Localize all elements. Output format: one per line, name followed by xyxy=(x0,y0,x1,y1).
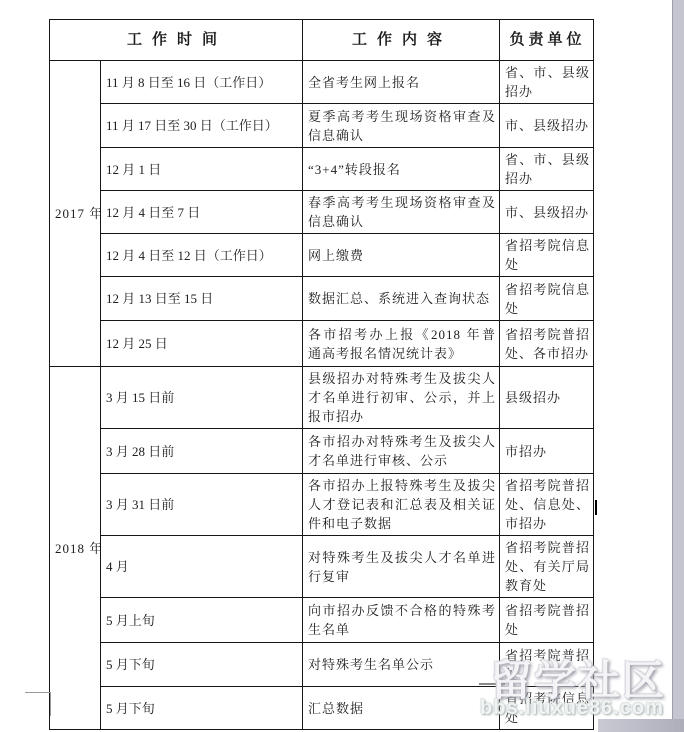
text-boundary-corner-mark xyxy=(25,692,51,716)
table-row: 12 月 4 日至 12 日（工作日）网上缴费省招考院信息处 xyxy=(50,234,594,277)
time-cell: 12 月 1 日 xyxy=(101,148,303,191)
unit-cell: 省招考院普招处、信息处、市招办 xyxy=(500,474,594,536)
table-row: 12 月 25 日各市招考办上报《2018 年普通高考报名情况统计表》省招考院普… xyxy=(50,321,594,367)
table-row: 11 月 17 日至 30 日（工作日）夏季高考考生现场资格审查及信息确认市、县… xyxy=(50,104,594,148)
table-row: 2018 年3 月 15 日前县级招办对特殊考生及拔尖人才名单进行初审、公示，并… xyxy=(50,367,594,429)
content-cell: 春季高考考生现场资格审查及信息确认 xyxy=(303,191,500,234)
content-cell: 向市招办反馈不合格的特殊考生名单 xyxy=(303,598,500,643)
content-cell: 数据汇总、系统进入查询状态 xyxy=(303,277,500,321)
content-cell: 对特殊考生及拔尖人才名单进行复审 xyxy=(303,536,500,598)
exam-schedule-table: 工作时间 工作内容 负责单位 2017 年11 月 8 日至 16 日（工作日）… xyxy=(49,19,594,730)
dash-mark xyxy=(479,683,505,685)
unit-cell: 省招考院普招处 xyxy=(500,598,594,643)
time-cell: 11 月 17 日至 30 日（工作日） xyxy=(101,104,303,148)
time-cell: 12 月 25 日 xyxy=(101,321,303,367)
unit-cell: 省招考院信息处 xyxy=(500,687,594,730)
time-cell: 12 月 4 日至 7 日 xyxy=(101,191,303,234)
content-cell: 汇总数据 xyxy=(303,687,500,730)
content-cell: 各市招考办上报《2018 年普通高考报名情况统计表》 xyxy=(303,321,500,367)
content-cell: 对特殊考生名单公示 xyxy=(303,643,500,687)
content-cell: 县级招办对特殊考生及拔尖人才名单进行初审、公示，并上报市招办 xyxy=(303,367,500,429)
header-work-time: 工作时间 xyxy=(50,20,303,61)
time-cell: 12 月 13 日至 15 日 xyxy=(101,277,303,321)
header-work-content: 工作内容 xyxy=(303,20,500,61)
content-cell: 网上缴费 xyxy=(303,234,500,277)
unit-cell: 市、县级招办 xyxy=(500,104,594,148)
unit-cell: 省招考院信息处 xyxy=(500,234,594,277)
content-cell: 各市招办上报特殊考生及拔尖人才登记表和汇总表及相关证件和电子数据 xyxy=(303,474,500,536)
time-cell: 5 月上旬 xyxy=(101,598,303,643)
page-edge-bottom xyxy=(598,719,684,732)
table-row: 3 月 28 日前各市招办对特殊考生及拔尖人才名单进行审核、公示市招办 xyxy=(50,429,594,474)
table-row: 5 月上旬向市招办反馈不合格的特殊考生名单省招考院普招处 xyxy=(50,598,594,643)
time-cell: 3 月 28 日前 xyxy=(101,429,303,474)
table-row: 12 月 1 日“3+4”转段报名省、市、县级招办 xyxy=(50,148,594,191)
unit-cell: 省招考院普招处 xyxy=(500,643,594,687)
year-cell: 2018 年 xyxy=(50,367,101,730)
unit-cell: 县级招办 xyxy=(500,367,594,429)
unit-cell: 省招考院普招处、各市招办 xyxy=(500,321,594,367)
time-cell: 12 月 4 日至 12 日（工作日） xyxy=(101,234,303,277)
unit-cell: 省招考院信息处 xyxy=(500,277,594,321)
header-row: 工作时间 工作内容 负责单位 xyxy=(50,20,594,61)
content-cell: 夏季高考考生现场资格审查及信息确认 xyxy=(303,104,500,148)
page-edge-right xyxy=(672,0,684,732)
unit-cell: 市、县级招办 xyxy=(500,191,594,234)
unit-cell: 市招办 xyxy=(500,429,594,474)
table-row: 5 月下旬对特殊考生名单公示省招考院普招处 xyxy=(50,643,594,687)
unit-cell: 省招考院普招处、有关厅局教育处 xyxy=(500,536,594,598)
table-row: 12 月 13 日至 15 日数据汇总、系统进入查询状态省招考院信息处 xyxy=(50,277,594,321)
text-cursor-mark xyxy=(595,500,597,515)
time-cell: 4 月 xyxy=(101,536,303,598)
table-row: 2017 年11 月 8 日至 16 日（工作日）全省考生网上报名省、市、县级招… xyxy=(50,61,594,104)
time-cell: 5 月下旬 xyxy=(101,687,303,730)
content-cell: 各市招办对特殊考生及拔尖人才名单进行审核、公示 xyxy=(303,429,500,474)
table-row: 12 月 4 日至 7 日春季高考考生现场资格审查及信息确认市、县级招办 xyxy=(50,191,594,234)
time-cell: 3 月 15 日前 xyxy=(101,367,303,429)
year-cell: 2017 年 xyxy=(50,61,101,367)
time-cell: 5 月下旬 xyxy=(101,643,303,687)
table-row: 4 月对特殊考生及拔尖人才名单进行复审省招考院普招处、有关厅局教育处 xyxy=(50,536,594,598)
content-cell: 全省考生网上报名 xyxy=(303,61,500,104)
table-row: 3 月 31 日前各市招办上报特殊考生及拔尖人才登记表和汇总表及相关证件和电子数… xyxy=(50,474,594,536)
table-row: 5 月下旬汇总数据省招考院信息处 xyxy=(50,687,594,730)
content-cell: “3+4”转段报名 xyxy=(303,148,500,191)
unit-cell: 省、市、县级招办 xyxy=(500,61,594,104)
header-responsible-unit: 负责单位 xyxy=(500,20,594,61)
time-cell: 3 月 31 日前 xyxy=(101,474,303,536)
unit-cell: 省、市、县级招办 xyxy=(500,148,594,191)
time-cell: 11 月 8 日至 16 日（工作日） xyxy=(101,61,303,104)
